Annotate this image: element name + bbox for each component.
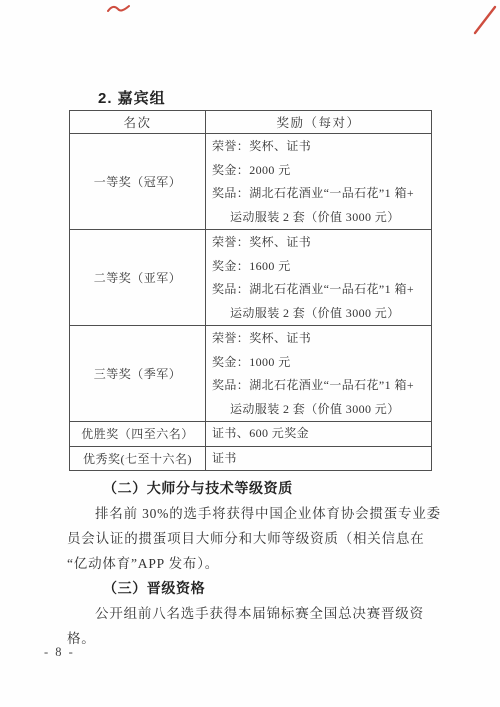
column-header-rank: 名次 [70, 111, 206, 134]
prize-cell: 荣誉：奖杯、证书 奖金：1000 元 奖品：湖北石花酒业“一品石花”1 箱+ 运… [206, 326, 432, 422]
prize-line: 荣誉：奖杯、证书 [212, 327, 429, 351]
rank-cell: 一等奖（冠军） [70, 134, 206, 230]
prize-cell: 荣誉：奖杯、证书 奖金：2000 元 奖品：湖北石花酒业“一品石花”1 箱+ 运… [206, 134, 432, 230]
paragraph-line: 员会认证的掼蛋项目大师分和大师等级资质（相关信息在 [67, 526, 445, 551]
prize-line: 荣誉：奖杯、证书 [212, 231, 429, 255]
prize-line: 奖品：湖北石花酒业“一品石花”1 箱+ [212, 278, 429, 302]
rank-cell: 优秀奖(七至十六名) [70, 446, 206, 471]
prize-line: 证书、600 元奖金 [212, 422, 429, 446]
paragraph-line: 公开组前八名选手获得本届锦标赛全国总决赛晋级资 [67, 601, 445, 626]
column-header-prize: 奖励（每对） [206, 111, 432, 134]
prize-line: 奖金：2000 元 [212, 159, 429, 183]
red-ink-scribble-icon [106, 2, 132, 16]
section-heading-promotion: （三）晋级资格 [103, 576, 445, 601]
table-header-row: 名次 奖励（每对） [70, 111, 432, 134]
prize-line: 奖品：湖北石花酒业“一品石花”1 箱+ [212, 374, 429, 398]
prize-line-continuation: 运动服装 2 套（价值 3000 元） [212, 206, 429, 230]
section-heading-master-points: （二）大师分与技术等级资质 [103, 476, 445, 501]
prize-cell: 荣誉：奖杯、证书 奖金：1600 元 奖品：湖北石花酒业“一品石花”1 箱+ 运… [206, 230, 432, 326]
table-row-second-prize: 二等奖（亚军） 荣誉：奖杯、证书 奖金：1600 元 奖品：湖北石花酒业“一品石… [70, 230, 432, 326]
body-sections: （二）大师分与技术等级资质 排名前 30%的选手将获得中国企业体育协会掼蛋专业委… [67, 476, 445, 651]
prize-line: 荣誉：奖杯、证书 [212, 135, 429, 159]
page-number: - 8 - [44, 645, 75, 660]
prize-cell: 证书 [206, 446, 432, 471]
section-heading-guest-group: 2. 嘉宾组 [98, 87, 166, 108]
paragraph-line: “亿动体育”APP 发布）。 [67, 551, 445, 576]
prize-line: 奖品：湖北石花酒业“一品石花”1 箱+ [212, 182, 429, 206]
prize-line-continuation: 运动服装 2 套（价值 3000 元） [212, 398, 429, 422]
rank-cell: 二等奖（亚军） [70, 230, 206, 326]
table-row-excellence-prize: 优秀奖(七至十六名) 证书 [70, 446, 432, 471]
document-page: 2. 嘉宾组 名次 奖励（每对） 一等奖（冠军） 荣誉：奖杯、证书 奖金：200… [0, 0, 500, 707]
prize-line: 奖金：1600 元 [212, 255, 429, 279]
prize-line-continuation: 运动服装 2 套（价值 3000 元） [212, 302, 429, 326]
table-row-winner-prize: 优胜奖（四至六名） 证书、600 元奖金 [70, 422, 432, 447]
prize-line: 奖金：1000 元 [212, 351, 429, 375]
rank-cell: 三等奖（季军） [70, 326, 206, 422]
rank-cell: 优胜奖（四至六名） [70, 422, 206, 447]
prize-cell: 证书、600 元奖金 [206, 422, 432, 447]
table-row-first-prize: 一等奖（冠军） 荣誉：奖杯、证书 奖金：2000 元 奖品：湖北石花酒业“一品石… [70, 134, 432, 230]
prize-line: 证书 [212, 447, 429, 471]
prize-table: 名次 奖励（每对） 一等奖（冠军） 荣誉：奖杯、证书 奖金：2000 元 奖品：… [69, 110, 432, 471]
paragraph-line: 格。 [67, 626, 445, 651]
red-ink-slash-icon [472, 4, 498, 36]
paragraph-line: 排名前 30%的选手将获得中国企业体育协会掼蛋专业委 [67, 501, 445, 526]
table-row-third-prize: 三等奖（季军） 荣誉：奖杯、证书 奖金：1000 元 奖品：湖北石花酒业“一品石… [70, 326, 432, 422]
